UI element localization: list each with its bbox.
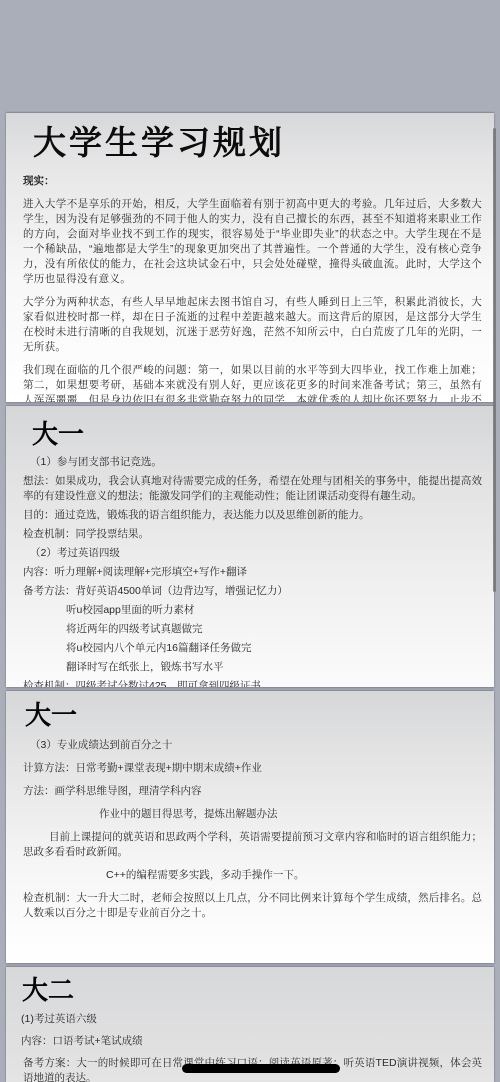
text-block: 我们现在面临的几个很严峻的问题：第一，如果以目前的水平等到大四毕业，找工作难上加…	[23, 363, 482, 402]
text-block: 内容：口语考试+笔试成绩	[21, 1034, 482, 1049]
text-block: 检查机制：四级考试分数过425，即可拿到四级证书	[23, 679, 482, 687]
text-block: 听u校园app里面的听力素材	[66, 603, 482, 618]
document-title: 大学生学习规划	[6, 113, 494, 163]
text-block: 想法：如果成功，我会认真地对待需要完成的任务，希望在处理与团相关的事务中，能提出…	[23, 474, 482, 504]
text-block: (1)考过英语六级	[21, 1012, 482, 1027]
document-page-1: 大学生学习规划 现实：进入大学不是享乐的开始，相反，大学生面临着有别于初高中更大…	[6, 113, 494, 402]
text-block: 目的：通过竞选，锻炼我的语言组织能力，表达能力以及思维创新的能力。	[23, 508, 482, 523]
page-blocks: （3）专业成绩达到前百分之十计算方法：日常考勤+课堂表现+期中期末成绩+作业方法…	[6, 738, 494, 921]
text-block: （3）专业成绩达到前百分之十	[30, 738, 482, 753]
section-heading: 大一	[6, 406, 494, 451]
document-page-2: 大一 （1）参与团支部书记竞选。想法：如果成功，我会认真地对待需要完成的任务，希…	[6, 406, 494, 687]
text-block: （2）考过英语四级	[30, 546, 482, 561]
text-block: （1）参与团支部书记竞选。	[30, 455, 482, 470]
text-block: 方法：画学科思维导图，理清学科内容	[23, 784, 482, 799]
text-block: 内容：听力理解+阅读理解+完形填空+写作+翻译	[23, 565, 482, 580]
scrollbar-thumb[interactable]	[493, 128, 496, 592]
document-viewer: 大学生学习规划 现实：进入大学不是享乐的开始，相反，大学生面临着有别于初高中更大…	[0, 0, 500, 1082]
text-block: 备考方法：背好英语4500单词（边背边写，增强记忆力）	[23, 584, 482, 599]
page-blocks: 现实：进入大学不是享乐的开始，相反，大学生面临着有别于初高中更大的考验。几年过后…	[6, 174, 494, 402]
text-block: 检查机制：同学投票结果。	[23, 527, 482, 542]
header-bar	[0, 0, 500, 113]
text-block: 作业中的题目得思考，提炼出解题办法	[99, 807, 482, 822]
text-block: 现实：	[23, 174, 482, 189]
text-block: 目前上课提问的就英语和思政两个学科，英语需要提前预习文章内容和临时的语言组织能力…	[23, 830, 482, 860]
text-block: 计算方法：日常考勤+课堂表现+期中期末成绩+作业	[23, 761, 482, 776]
text-block: 翻译时写在纸张上，锻炼书写水平	[66, 660, 482, 675]
page-blocks: （1）参与团支部书记竞选。想法：如果成功，我会认真地对待需要完成的任务，希望在处…	[6, 455, 494, 687]
home-indicator[interactable]	[182, 1064, 340, 1073]
text-block: C++的编程需要多实践，多动手操作一下。	[106, 868, 482, 883]
text-block: 大学分为两种状态，有些人早早地起床去图书馆自习，有些人睡到日上三竿，积累此消彼长…	[23, 295, 482, 355]
text-block: 进入大学不是享乐的开始，相反，大学生面临着有别于初高中更大的考验。几年过后，大多…	[23, 197, 482, 287]
document-page-3: 大一 （3）专业成绩达到前百分之十计算方法：日常考勤+课堂表现+期中期末成绩+作…	[6, 691, 494, 963]
text-block: 将u校园内八个单元内16篇翻译任务做完	[66, 641, 482, 656]
text-block: 将近两年的四级考试真题做完	[66, 622, 482, 637]
section-heading: 大二	[6, 967, 494, 1005]
text-block: 检查机制：大一升大二时，老师会按照以上几点，分不同比例来计算每个学生成绩，然后排…	[23, 891, 482, 921]
document-scroll-area[interactable]: 大学生学习规划 现实：进入大学不是享乐的开始，相反，大学生面临着有别于初高中更大…	[6, 113, 494, 1082]
section-heading: 大一	[6, 691, 494, 730]
